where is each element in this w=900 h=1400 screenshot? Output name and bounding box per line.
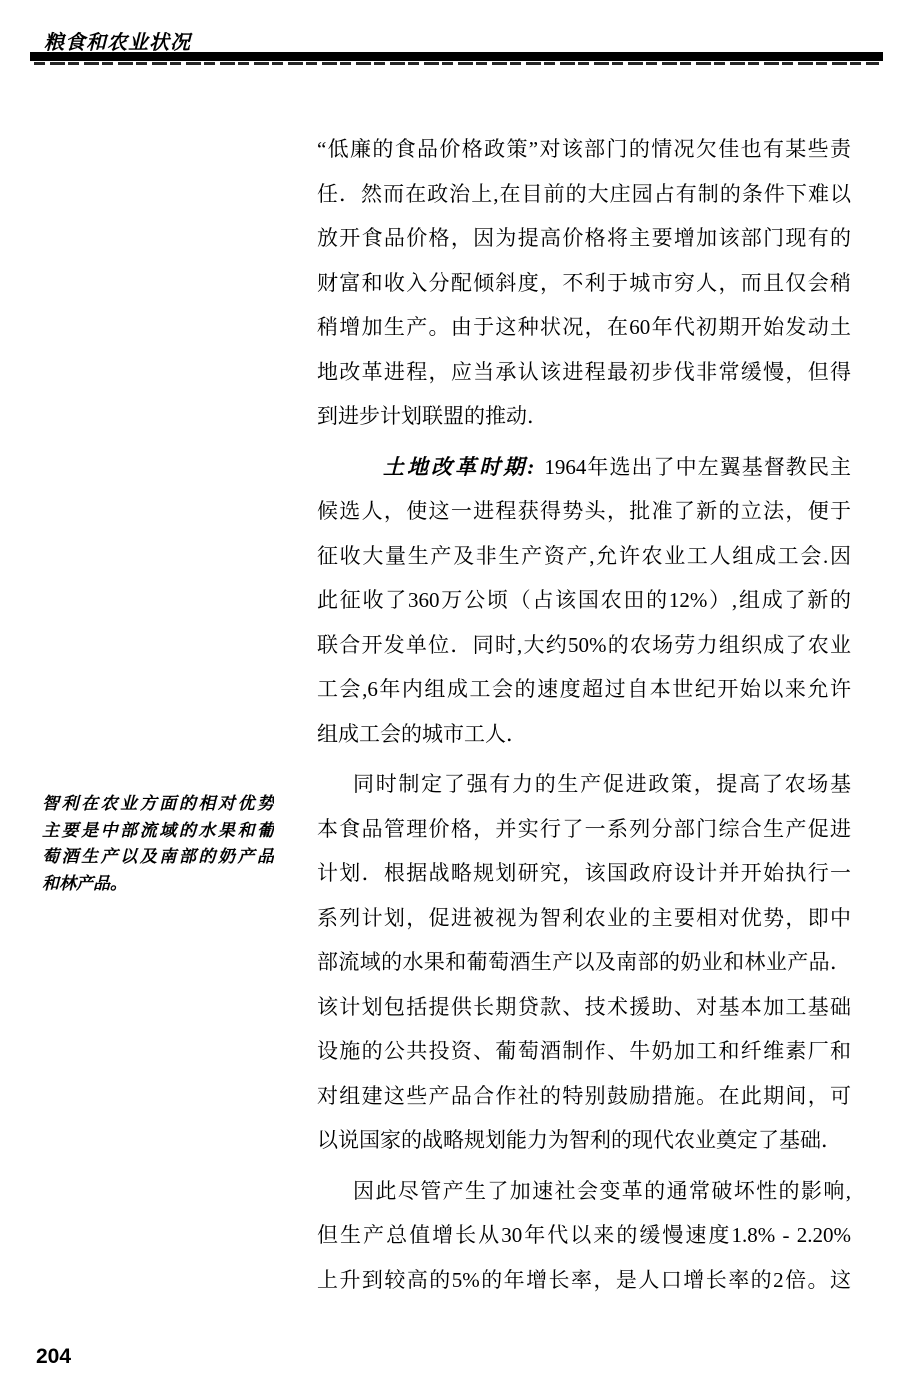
margin-note-line: 萄酒生产以及南部的奶产品 [42,844,274,871]
text-line: 本食品管理价格，并实行了一系列分部门综合生产促进 [317,807,851,852]
paragraph-4: 因此尽管产生了加速社会变革的通常破坏性的影响, 但生产总值增长从30年代以来的缓… [317,1169,851,1303]
text-line: 因此尽管产生了加速社会变革的通常破坏性的影响, [317,1169,851,1214]
paragraph-3: 同时制定了强有力的生产促进政策，提高了农场基 本食品管理价格，并实行了一系列分部… [317,762,851,1163]
paragraph-2: 土地改革时期:1964年选出了中左翼基督教民主 候选人，使这一进程获得势头，批准… [317,445,851,757]
text-line: 稍增加生产。由于这种状况，在60年代初期开始发动土 [317,305,851,350]
text-line: 组成工会的城市工人． [317,712,851,757]
running-header: 粮食和农业状况 [44,26,191,55]
text-line: 征收大量生产及非生产资产,允许农业工人组成工会.因 [317,534,851,579]
header-rule [30,52,883,61]
margin-note-line: 主要是中部流域的水果和葡 [42,818,274,845]
text-line: 同时制定了强有力的生产促进政策，提高了农场基 [317,762,851,807]
text-line: 土地改革时期:1964年选出了中左翼基督教民主 [317,445,851,490]
text-line: 联合开发单位．同时,大约50%的农场劳力组织成了农业 [317,623,851,668]
text-line: 以说国家的战略规划能力为智利的现代农业奠定了基础． [317,1118,851,1163]
header-rule-scan-artifact [34,62,879,65]
text-line: 系列计划，促进被视为智利农业的主要相对优势，即中 [317,896,851,941]
text-line: 此征收了360万公顷（占该国农田的12%）,组成了新的 [317,578,851,623]
text-line: 计划．根据战略规划研究，该国政府设计并开始执行一 [317,851,851,896]
text-line: 但生产总值增长从30年代以来的缓慢速度1.8% - 2.20% [317,1213,851,1258]
text-line: 部流域的水果和葡萄酒生产以及南部的奶业和林业产品． [317,940,851,985]
text-line: 放开食品价格，因为提高价格将主要增加该部门现有的 [317,216,851,261]
margin-note-line: 智利在农业方面的相对优势 [42,791,274,818]
text-line: “低廉的食品价格政策”对该部门的情况欠佳也有某些责 [317,127,851,172]
body-text-column: “低廉的食品价格政策”对该部门的情况欠佳也有某些责 任．然而在政治上,在目前的大… [317,127,851,1302]
document-page: 粮食和农业状况 智利在农业方面的相对优势 主要是中部流域的水果和葡 萄酒生产以及… [0,0,900,1400]
text-line: 财富和收入分配倾斜度，不利于城市穷人，而且仅会稍 [317,261,851,306]
text-line: 上升到较高的5%的年增长率，是人口增长率的2倍。这 [317,1258,851,1303]
text-line: 设施的公共投资、葡萄酒制作、牛奶加工和纤维素厂和 [317,1029,851,1074]
section-leadin: 土地改革时期: [383,455,544,479]
text-line: 地改革进程，应当承认该进程最初步伐非常缓慢，但得 [317,350,851,395]
paragraph-1: “低廉的食品价格政策”对该部门的情况欠佳也有某些责 任．然而在政治上,在目前的大… [317,127,851,439]
text-line: 候选人，使这一进程获得势头，批准了新的立法，便于 [317,489,851,534]
text-line: 对组建这些产品合作社的特别鼓励措施。在此期间，可 [317,1074,851,1119]
margin-note: 智利在农业方面的相对优势 主要是中部流域的水果和葡 萄酒生产以及南部的奶产品 和… [42,791,274,897]
text-line: 工会,6年内组成工会的速度超过自本世纪开始以来允许 [317,667,851,712]
page-number: 204 [36,1345,71,1369]
margin-note-line: 和林产品。 [42,871,274,898]
text-line: 到进步计划联盟的推动． [317,394,851,439]
text-run: 1964年选出了中左翼基督教民主 [544,455,851,479]
text-line: 任．然而在政治上,在目前的大庄园占有制的条件下难以 [317,172,851,217]
text-line: 该计划包括提供长期贷款、技术援助、对基本加工基础 [317,985,851,1030]
